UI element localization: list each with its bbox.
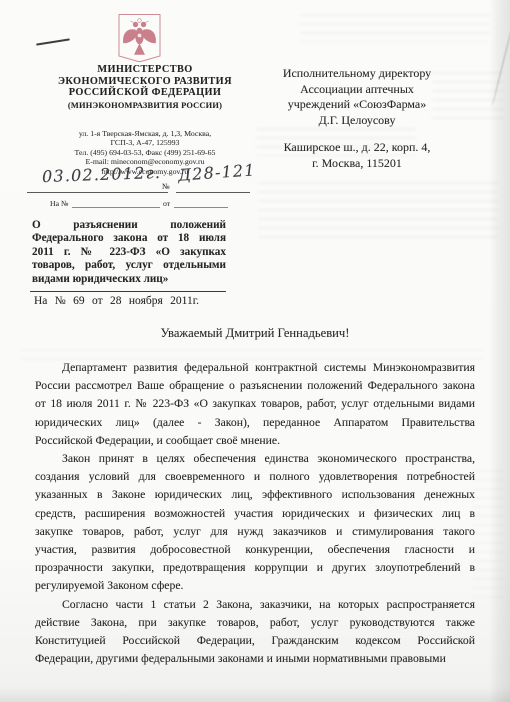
text-line: Федерального закона от 18 июля xyxy=(32,232,226,245)
text-line: Департамент развития федеральной контрак… xyxy=(35,359,475,377)
text-line: участия, развития добросовестной конкуре… xyxy=(35,541,475,559)
text-line: О разъяснении положений xyxy=(32,219,226,232)
bleed-through-artifact xyxy=(258,182,498,238)
text-line: средств, расширения возможностей участия… xyxy=(35,505,475,523)
scan-bottom-shadow xyxy=(0,688,510,702)
handwritten-date: 03.02.2012г. xyxy=(42,163,162,186)
text-line: учреждений «СоюзФарма» xyxy=(272,97,442,113)
text-line: РОССИЙСКОЙ ФЕДЕРАЦИИ xyxy=(25,87,265,99)
body-paragraph: Согласно части 1 статьи 2 Закона, заказч… xyxy=(35,596,475,669)
text-line: товаров, работ, услуг отдельными xyxy=(32,259,226,272)
text-line: регулируемой Законом сфере. xyxy=(35,577,475,595)
text-line: Закон принят в целях обеспечения единств… xyxy=(35,450,475,468)
handwritten-outgoing-number: Д28-121 xyxy=(177,160,256,184)
text-line: Согласно части 1 статьи 2 Закона, заказч… xyxy=(35,596,475,614)
coat-of-arms-icon xyxy=(117,13,162,63)
letter-body: Департамент развития федеральной контрак… xyxy=(35,359,475,668)
text-line: юридических лиц» (далее - Закон), переда… xyxy=(35,414,475,432)
text-line: закупке товаров, работ, услуг для нужд з… xyxy=(35,523,475,541)
text-line: ГСП-3, А-47, 125993 xyxy=(25,138,265,147)
text-line: г. Москва, 115201 xyxy=(272,156,442,172)
text-line: Исполнительному директору xyxy=(272,66,442,82)
text-line: Д.Г. Целоусову xyxy=(272,113,442,129)
recipient-name-lines: Исполнительному директоруАссоциации апте… xyxy=(272,66,442,128)
body-paragraph: Закон принят в целях обеспечения единств… xyxy=(35,450,475,596)
reply-from-label: от xyxy=(163,199,170,208)
text-line: от 18 июля 2011 г. № 223-ФЗ «О закупках … xyxy=(35,395,475,413)
text-line: Конституцией Российской Федерации, Гражд… xyxy=(35,632,475,650)
reply-to-label: На № xyxy=(50,199,68,208)
subject-block: О разъяснении положенийФедерального зако… xyxy=(32,219,226,286)
recipient-block: Исполнительному директоруАссоциации апте… xyxy=(272,66,442,172)
text-line: ул. 1-я Тверская-Ямская, д. 1,3, Москва, xyxy=(25,129,265,138)
salutation: Уважаемый Дмитрий Геннадьевич! xyxy=(35,326,475,341)
scanned-letter-page: МИНИСТЕРСТВОЭКОНОМИЧЕСКОГО РАЗВИТИЯРОССИ… xyxy=(0,0,510,702)
text-line: видами юридических лиц» xyxy=(32,273,226,286)
number-sign-label: № xyxy=(162,182,170,191)
text-line: действие Закона, при закупке товаров, ра… xyxy=(35,614,475,632)
text-line: МИНИСТЕРСТВО xyxy=(25,64,265,76)
text-line: Каширское ш., д. 22, корп. 4, xyxy=(272,140,442,156)
text-line: России рассмотрел Ваше обращение о разъя… xyxy=(35,377,475,395)
pen-mark xyxy=(36,38,70,46)
text-line: прозрачности закупки, предотвращения кор… xyxy=(35,559,475,577)
text-line: указанных в Законе юридических лиц, эффе… xyxy=(35,486,475,504)
reply-number-underline xyxy=(72,207,160,208)
reference-line: На № 69 от 28 ноября 2011г. xyxy=(34,295,199,307)
recipient-address-lines: Каширское ш., д. 22, корп. 4,г. Москва, … xyxy=(272,140,442,171)
text-line: ЭКОНОМИЧЕСКОГО РАЗВИТИЯ xyxy=(25,76,265,88)
text-line: создания условий для своевременного и по… xyxy=(35,468,475,486)
text-line: Российской Федерации, и сообщает своё мн… xyxy=(35,432,475,450)
reply-date-underline xyxy=(174,207,228,208)
text-line: Федерации, другими федеральными законами… xyxy=(35,650,475,668)
date-underline xyxy=(27,192,168,193)
text-line: Тел. (495) 694-03-53, Факс (499) 251-69-… xyxy=(25,148,265,157)
number-underline xyxy=(176,192,250,193)
ministry-name-block: МИНИСТЕРСТВОЭКОНОМИЧЕСКОГО РАЗВИТИЯРОССИ… xyxy=(25,64,265,111)
text-line: 2011 г. № 223-ФЗ «О закупках xyxy=(32,246,226,259)
body-paragraph: Департамент развития федеральной контрак… xyxy=(35,359,475,450)
reference-separator-line xyxy=(30,291,226,292)
text-line: Ассоциации аптечных xyxy=(272,82,442,98)
text-line: (МИНЭКОНОМРАЗВИТИЯ РОССИИ) xyxy=(25,99,265,112)
bleed-through-artifact xyxy=(300,14,490,42)
